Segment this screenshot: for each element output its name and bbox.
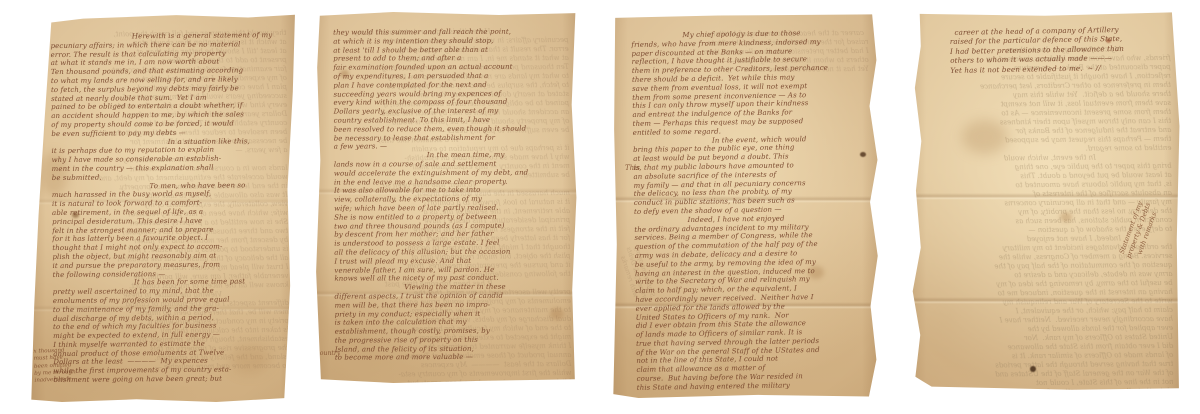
text-line: is, that my public labours have amounted…	[928, 180, 1172, 191]
handwritten-text: they would this summer and fall reach th…	[333, 27, 571, 363]
text-line: ever applied for the lands allowed by th…	[929, 324, 1173, 335]
text-line: at least would be put beyond a doubt. Th…	[928, 171, 1172, 182]
text-line: not in the line of this State, I could n…	[929, 378, 1173, 389]
text-line: entitled to some regard.	[927, 144, 1171, 155]
text-line: did I ever obtain from this State the al…	[929, 342, 1173, 353]
manuscript-page-4: My chief apology is due to thosefriends,…	[910, 12, 1180, 392]
text-line: while the first improvements of my count…	[333, 369, 571, 380]
manuscript-page-1: they would this summer and fall reach th…	[30, 14, 296, 402]
text-line: claim that allowance as a matter of	[930, 387, 1174, 392]
paper-stain	[1060, 212, 1072, 222]
text-line: have accordingly never received. Neither…	[929, 315, 1173, 326]
fold-crease	[910, 297, 1180, 304]
text-line: United States to Officers of my rank. No…	[929, 333, 1173, 344]
ink-fleck	[1030, 366, 1036, 372]
text-line: them in preference to other Creditors, l…	[927, 81, 1171, 92]
text-line: and entreat the indulgence of the Banks …	[927, 126, 1171, 137]
text-line: of the War on the general Staff of the U…	[929, 369, 1173, 380]
docket-inscription: Statement of myproperty & Debtswith rema…	[1108, 175, 1169, 287]
margin-note: x thousandmust havebeen omittedby me thr…	[33, 347, 76, 385]
handwritten-text: career at the head of a company of Artil…	[950, 24, 1171, 75]
margin-note: Country	[315, 350, 340, 358]
text-line: be useful to the army, by removing the i…	[929, 279, 1173, 290]
text-line: true that having served through the latt…	[929, 360, 1173, 371]
manuscript-page-3: career at the head of a company of Artil…	[612, 14, 878, 398]
text-line: write to the Secretary of War and relinq…	[929, 297, 1173, 308]
text-line: This	[625, 164, 640, 173]
text-line: this I can only throw myself upon their …	[927, 117, 1171, 128]
text-line: claim to half pay; which, or the equival…	[929, 306, 1173, 317]
manuscript-page-2: Herewith is a general statement of mypec…	[314, 12, 578, 383]
text-line: them from some present inconvenience — A…	[927, 108, 1171, 119]
text-line: having an interest in the question, indu…	[929, 288, 1173, 299]
text-line: an absolute sacrifice of the interests o…	[928, 189, 1172, 200]
text-line: blishment were going on have been great;…	[53, 374, 289, 385]
handwritten-text: My chief apology is due to thosefriends,…	[631, 28, 875, 392]
text-line: there should be a deficit. Yet while thi…	[927, 90, 1171, 101]
handwritten-text: Herewith is a general statement of mypec…	[50, 31, 289, 385]
paper-stain	[962, 120, 1008, 154]
margin-note: This	[625, 164, 640, 173]
text-line: blishment were going on have been great;…	[334, 378, 572, 383]
text-line: Country	[315, 350, 340, 358]
text-line: inadvertence	[34, 376, 76, 385]
text-line: In the event, which would	[927, 153, 1171, 164]
text-line: to become more and more valuable —	[335, 353, 571, 363]
scan-background: they would this summer and fall reach th…	[0, 0, 1200, 414]
text-line: of lands made to Officers of similar ran…	[929, 351, 1173, 362]
text-line: them — Perhaps this request may be suppo…	[927, 135, 1171, 146]
text-line: save them from eventual loss, it will no…	[927, 99, 1171, 110]
text-line: bring this paper to the public eye, one …	[928, 162, 1172, 173]
